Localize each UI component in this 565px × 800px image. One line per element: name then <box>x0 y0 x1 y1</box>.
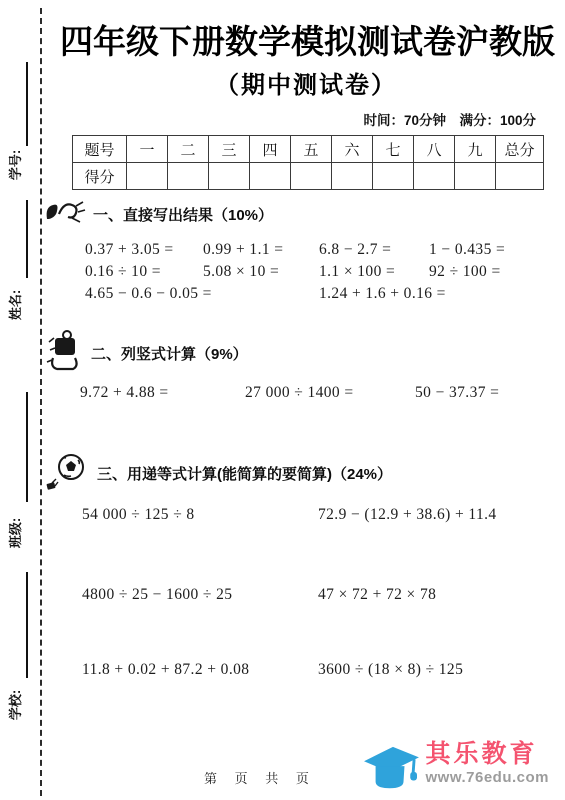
header-cell-4: 四 <box>250 136 291 163</box>
problem: 50 − 37.37 = <box>415 383 552 403</box>
class-label: 班级: <box>8 505 24 561</box>
school-label: 学校: <box>8 677 24 733</box>
problem: 0.16 ÷ 10 = <box>85 261 203 283</box>
problem: 1 − 0.435 = <box>429 239 552 261</box>
brand-text: 其乐教育 www.76edu.com <box>426 740 549 787</box>
student-id-blank-line <box>26 62 28 146</box>
schoolbag-kid-doodle-icon <box>44 329 84 378</box>
section-3-problem-row: 4800 ÷ 25 − 1600 ÷ 25 47 × 72 + 72 × 78 <box>82 585 552 605</box>
section-3-header: 三、用递等式计算(能简算的要简算)（24%） <box>44 453 552 493</box>
problem: 1.24 + 1.6 + 0.16 = <box>319 283 552 305</box>
score-cell <box>127 163 168 190</box>
problem: 4800 ÷ 25 − 1600 ÷ 25 <box>82 585 318 605</box>
header-cell-2: 二 <box>168 136 209 163</box>
problem: 11.8 + 0.02 + 87.2 + 0.08 <box>82 660 318 680</box>
brand-logo: 其乐教育 www.76edu.com <box>360 740 549 799</box>
problem: 72.9 − (12.9 + 38.6) + 11.4 <box>318 505 497 525</box>
soccer-ball-doodle-icon <box>44 451 90 496</box>
score-table: 题号 一 二 三 四 五 六 七 八 九 总分 得分 <box>72 135 544 190</box>
header-cell-3: 三 <box>209 136 250 163</box>
section-1-problems: 0.37 + 3.05 = 0.99 + 1.1 = 6.8 − 2.7 = 1… <box>85 239 552 305</box>
score-cell <box>496 163 544 190</box>
section-2-header: 二、列竖式计算（9%） <box>44 331 552 375</box>
header-cell-1: 一 <box>127 136 168 163</box>
header-cell-5: 五 <box>291 136 332 163</box>
score-cell <box>414 163 455 190</box>
brand-website: www.76edu.com <box>426 769 549 787</box>
score-cell <box>373 163 414 190</box>
problem: 27 000 ÷ 1400 = <box>245 383 415 403</box>
score-cell <box>332 163 373 190</box>
page-title: 四年级下册数学模拟测试卷沪教版 <box>60 22 552 62</box>
student-id-label: 学号: <box>8 137 24 193</box>
graduation-cap-icon <box>360 742 422 799</box>
header-cell-9: 九 <box>455 136 496 163</box>
score-cell <box>250 163 291 190</box>
section-1-title: 一、直接写出结果（10%） <box>93 204 273 225</box>
header-cell-8: 八 <box>414 136 455 163</box>
score-cell <box>291 163 332 190</box>
score-table-score-row: 得分 <box>73 163 544 190</box>
binding-dashed-line <box>40 8 42 796</box>
score-cell <box>168 163 209 190</box>
runner-doodle-icon <box>44 198 86 230</box>
problem: 47 × 72 + 72 × 78 <box>318 585 436 605</box>
name-blank-line <box>26 200 28 278</box>
problem: 0.37 + 3.05 = <box>85 239 203 261</box>
problem: 5.08 × 10 = <box>203 261 319 283</box>
section-3-problem-row: 11.8 + 0.02 + 87.2 + 0.08 3600 ÷ (18 × 8… <box>82 660 552 680</box>
class-blank-line <box>26 392 28 502</box>
time-and-score-info: 时间：70分钟 满分：100分 <box>60 112 552 130</box>
problem: 92 ÷ 100 = <box>429 261 552 283</box>
name-label: 姓名: <box>8 277 24 333</box>
brand-name: 其乐教育 <box>426 740 538 768</box>
score-row-label: 得分 <box>73 163 127 190</box>
score-table-header-row: 题号 一 二 三 四 五 六 七 八 九 总分 <box>73 136 544 163</box>
page-number-footer: 第 页 共 页 <box>204 768 316 787</box>
header-cell-total: 总分 <box>496 136 544 163</box>
score-cell <box>209 163 250 190</box>
section-2-problems: 9.72 + 4.88 = 27 000 ÷ 1400 = 50 − 37.37… <box>80 383 552 403</box>
problem: 6.8 − 2.7 = <box>319 239 429 261</box>
header-cell-7: 七 <box>373 136 414 163</box>
section-1-header: 一、直接写出结果（10%） <box>44 199 552 229</box>
section-3-title: 三、用递等式计算(能简算的要简算)（24%） <box>97 463 392 484</box>
problem: 54 000 ÷ 125 ÷ 8 <box>82 505 318 525</box>
problem: 1.1 × 100 = <box>319 261 429 283</box>
section-3-problem-row: 54 000 ÷ 125 ÷ 8 72.9 − (12.9 + 38.6) + … <box>82 505 552 525</box>
problem: 9.72 + 4.88 = <box>80 383 245 403</box>
problem: 0.99 + 1.1 = <box>203 239 319 261</box>
problem: 4.65 − 0.6 − 0.05 = <box>85 283 319 305</box>
school-blank-line <box>26 572 28 678</box>
test-paper: 四年级下册数学模拟测试卷沪教版 （期中测试卷） 时间：70分钟 满分：100分 … <box>60 0 552 680</box>
page-subtitle: （期中测试卷） <box>60 71 552 101</box>
header-cell-question-no: 题号 <box>73 136 127 163</box>
problem: 3600 ÷ (18 × 8) ÷ 125 <box>318 660 463 680</box>
score-cell <box>455 163 496 190</box>
section-2-title: 二、列竖式计算（9%） <box>91 343 248 364</box>
header-cell-6: 六 <box>332 136 373 163</box>
